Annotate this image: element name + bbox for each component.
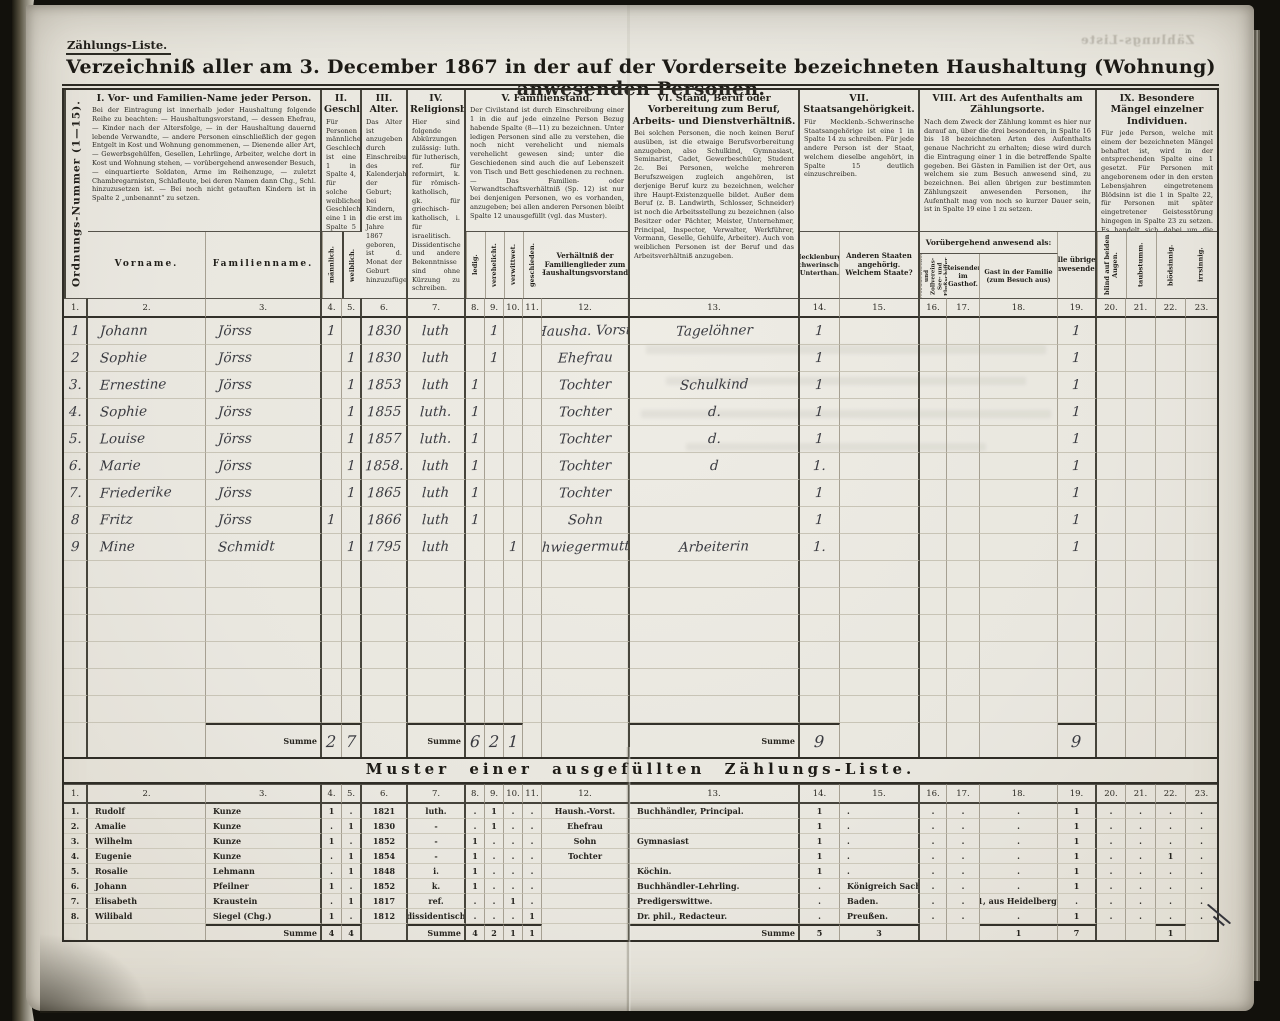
blind-header: blind auf beiden Augen.	[1097, 232, 1126, 298]
data-cell: 1857	[362, 426, 408, 453]
data-cell	[504, 399, 523, 426]
data-cell: 8	[64, 507, 88, 534]
muster-cell: .	[840, 864, 920, 879]
muster-value: Königreich Sachsen.	[847, 881, 920, 891]
column-number: 22.	[1156, 784, 1186, 804]
muster-cell: Kunze	[206, 819, 322, 834]
data-cell: 7.	[64, 480, 88, 507]
data-cell	[466, 669, 485, 696]
data-cell: luth	[408, 372, 466, 399]
data-cell: 1	[485, 318, 504, 345]
data-cell	[206, 642, 322, 669]
muster-value: .	[1017, 836, 1020, 846]
muster-cell: Preußen.	[840, 909, 920, 924]
muster-value: 1.	[71, 806, 79, 816]
muster-cell: .	[1156, 819, 1186, 834]
data-cell: 1866	[362, 507, 408, 534]
muster-summe-cell	[1126, 924, 1156, 940]
data-cell	[504, 696, 523, 723]
summe-cell	[88, 723, 206, 757]
handwritten-value: Tochter	[559, 430, 612, 447]
column-number: 6.	[362, 784, 408, 804]
group-title: III. Alter.	[362, 90, 406, 117]
page-stack-edge	[1253, 30, 1260, 981]
muster-cell: .	[1186, 819, 1217, 834]
muster-cell: 1	[800, 864, 840, 879]
data-cell	[322, 534, 342, 561]
muster-value: i.	[433, 866, 439, 876]
data-cell	[1126, 642, 1156, 669]
column-number: 20.	[1097, 784, 1126, 804]
muster-value: .	[962, 851, 965, 861]
muster-value: .	[1169, 866, 1172, 876]
data-cell	[840, 669, 920, 696]
muster-cell: .	[1097, 894, 1126, 909]
data-cell	[542, 561, 630, 588]
data-cell: Fritz	[88, 507, 206, 534]
handwritten-sum: 9	[1071, 731, 1082, 750]
column-number: 18.	[980, 784, 1058, 804]
data-cell	[920, 588, 947, 615]
muster-cell: Buchhändler, Principal.	[630, 804, 800, 819]
muster-summe-cell: 5	[800, 924, 840, 940]
muster-summe-cell: 1	[504, 924, 523, 940]
muster-value: .	[1110, 866, 1113, 876]
data-cell	[920, 507, 947, 534]
muster-summe-cell	[1186, 924, 1217, 940]
muster-value: .	[512, 911, 515, 921]
muster-summe-cell: 2	[485, 924, 504, 940]
data-cell	[504, 615, 523, 642]
data-cell	[1156, 399, 1186, 426]
muster-value: .	[932, 836, 935, 846]
handwritten-value: 1	[815, 404, 824, 420]
muster-cell: .	[1126, 849, 1156, 864]
muster-cell: Haush.-Vorst.	[542, 804, 630, 819]
muster-cell: Kunze	[206, 849, 322, 864]
group-title: V. Familienstand.	[466, 90, 628, 105]
group-description: Der Civilstand ist durch Einschreibung e…	[466, 105, 628, 222]
summe-cell	[840, 723, 920, 757]
data-cell	[1156, 372, 1186, 399]
data-cell	[485, 615, 504, 642]
muster-value: .	[847, 821, 850, 831]
muster-value: .	[1200, 911, 1203, 921]
muster-value: .	[330, 866, 333, 876]
column-number: 7.	[408, 298, 466, 318]
muster-cell: .	[1126, 909, 1156, 924]
muster-value: .	[962, 911, 965, 921]
summe-cell: Summe	[206, 723, 322, 757]
muster-cell: Köchin.	[630, 864, 800, 879]
muster-cell: 1	[322, 804, 342, 819]
data-cell	[504, 588, 523, 615]
muster-value: .	[818, 896, 821, 906]
muster-cell: .	[466, 894, 485, 909]
summe-cell	[523, 723, 542, 757]
data-cell: Hausha. Vorst.	[542, 318, 630, 345]
data-cell	[947, 561, 980, 588]
muster-value: .	[1110, 851, 1113, 861]
muster-value: Gymnasiast	[637, 836, 689, 846]
muster-cell: 1, aus Heidelberg.	[980, 894, 1058, 909]
data-cell	[322, 561, 342, 588]
muster-value: 1	[1074, 806, 1080, 816]
handwritten-value: d.	[707, 404, 721, 420]
muster-value: 1852	[373, 881, 395, 891]
handwritten-value: 1	[470, 404, 479, 420]
muster-value: Kunze	[213, 821, 241, 831]
data-cell: Friederike	[88, 480, 206, 507]
handwritten-value: 1	[815, 485, 824, 501]
data-cell	[630, 345, 800, 372]
muster-cell: .	[322, 864, 342, 879]
data-cell	[920, 696, 947, 723]
muster-value: 1	[1074, 851, 1080, 861]
handwritten-value: 1857	[366, 431, 401, 448]
data-cell	[485, 642, 504, 669]
muster-value: .	[1110, 806, 1113, 816]
handwritten-value: luth	[422, 539, 450, 556]
data-cell	[504, 453, 523, 480]
muster-cell: 1	[1058, 819, 1097, 834]
muster-cell: 1848	[362, 864, 408, 879]
data-cell	[1058, 561, 1097, 588]
data-cell: 1	[1058, 318, 1097, 345]
handwritten-value: 1865	[366, 485, 401, 502]
muster-summe-cell: 3	[840, 924, 920, 940]
data-cell	[88, 561, 206, 588]
muster-value: .	[1110, 911, 1113, 921]
handwritten-value: 1	[1072, 323, 1081, 339]
data-cell	[1186, 534, 1217, 561]
handwritten-value: Jörss	[218, 431, 253, 448]
data-cell	[980, 615, 1058, 642]
muster-value: .	[531, 806, 534, 816]
muster-cell: .	[523, 834, 542, 849]
muster-cell: .	[504, 879, 523, 894]
data-cell	[1186, 588, 1217, 615]
gast-familie-header: Gast in der Familie (zum Besuch aus)	[980, 254, 1058, 298]
muster-cell: .	[1156, 834, 1186, 849]
muster-value: .	[1139, 806, 1142, 816]
handwritten-value: 1	[346, 458, 355, 474]
muster-value: 1	[817, 806, 823, 816]
data-cell	[342, 615, 362, 642]
data-cell: 1	[800, 318, 840, 345]
data-cell	[362, 696, 408, 723]
muster-value: .	[962, 896, 965, 906]
data-cell	[630, 642, 800, 669]
data-cell	[920, 561, 947, 588]
data-cell	[64, 642, 88, 669]
handwritten-value: 1.	[813, 539, 827, 555]
column-number: 12.	[542, 784, 630, 804]
vorname-header: Vorname.	[88, 232, 206, 298]
summe-cell: 2	[322, 723, 342, 757]
muster-value: 1812	[373, 911, 395, 921]
muster-summe-cell	[362, 924, 408, 940]
irrsinnig-header: irrsinnig.	[1186, 232, 1217, 298]
muster-cell: -	[408, 834, 466, 849]
muster-cell: .	[485, 864, 504, 879]
handwritten-value: 1	[470, 377, 479, 393]
data-cell	[920, 642, 947, 669]
column-number: 13.	[630, 298, 800, 318]
data-cell	[1186, 318, 1217, 345]
data-cell: luth	[408, 507, 466, 534]
muster-cell: Dr. phil., Redacteur.	[630, 909, 800, 924]
muster-value: .	[932, 896, 935, 906]
muster-summe-cell: Summe	[206, 924, 322, 940]
muster-cell: 1852	[362, 879, 408, 894]
data-cell	[1126, 507, 1156, 534]
summe-cell	[362, 723, 408, 757]
muster-cell: .	[342, 834, 362, 849]
handwritten-value: 1	[1072, 431, 1081, 447]
title-rule	[62, 84, 1219, 86]
data-cell	[88, 642, 206, 669]
muster-value: 1848	[373, 866, 395, 876]
handwritten-value: Schulkind	[679, 376, 748, 393]
muster-value: .	[512, 836, 515, 846]
muster-value: Lehmann	[213, 866, 255, 876]
column-number: 13.	[630, 784, 800, 804]
muster-value: .	[932, 806, 935, 816]
data-cell	[1186, 561, 1217, 588]
muster-cell: Königreich Sachsen.	[840, 879, 920, 894]
muster-cell: 1	[504, 894, 523, 909]
handwritten-value: 1	[489, 323, 498, 339]
handwritten-value: 1	[1072, 512, 1081, 528]
data-cell: Jörss	[206, 345, 322, 372]
data-cell	[362, 615, 408, 642]
muster-cell: .	[1097, 804, 1126, 819]
muster-value: Siegel (Chg.)	[213, 911, 272, 921]
column-number: 4.	[322, 784, 342, 804]
data-cell	[466, 345, 485, 372]
muster-cell: Predigerswittwe.	[630, 894, 800, 909]
handwritten-value: 1	[346, 404, 355, 420]
muster-cell: Johann	[88, 879, 206, 894]
data-cell	[408, 588, 466, 615]
muster-cell: 1	[1058, 879, 1097, 894]
data-cell: luth.	[408, 399, 466, 426]
data-cell: 1	[1058, 372, 1097, 399]
data-cell	[980, 642, 1058, 669]
muster-value: .	[1139, 866, 1142, 876]
data-cell	[1156, 669, 1186, 696]
column-number: 4.	[322, 298, 342, 318]
muster-value: Eugenie	[95, 851, 132, 861]
data-cell	[485, 696, 504, 723]
data-cell	[485, 399, 504, 426]
muster-value: Wilibald	[95, 911, 132, 921]
handwritten-value: Louise	[100, 431, 146, 448]
data-cell: 1	[1058, 534, 1097, 561]
muster-cell: .	[1097, 864, 1126, 879]
group-description: Das Alter ist anzugeben durch Einschreib…	[362, 117, 406, 287]
data-cell: Sohn	[542, 507, 630, 534]
data-cell	[523, 426, 542, 453]
muster-summe-cell	[947, 924, 980, 940]
handwritten-value: 1	[346, 539, 355, 555]
data-cell	[920, 480, 947, 507]
handwritten-sum: 7	[345, 731, 356, 750]
summe-cell	[947, 723, 980, 757]
muster-value: .	[531, 821, 534, 831]
muster-value: 1	[348, 896, 354, 906]
muster-value: .	[962, 881, 965, 891]
data-cell	[947, 345, 980, 372]
muster-sum-value: 3	[876, 928, 882, 938]
column-number: 17.	[947, 784, 980, 804]
muster-value: luth.	[425, 806, 446, 816]
data-cell	[1186, 345, 1217, 372]
column-number: 16.	[920, 298, 947, 318]
handwritten-value: Ernestine	[100, 376, 167, 393]
group-title: IV. Religionsbekenntniß.	[408, 90, 464, 117]
muster-value: .	[1200, 896, 1203, 906]
data-cell	[1097, 642, 1126, 669]
muster-value: .	[493, 881, 496, 891]
data-cell	[322, 696, 342, 723]
handwritten-sum: 6	[469, 731, 480, 750]
data-cell	[322, 372, 342, 399]
muster-value: .	[1200, 851, 1203, 861]
handwritten-value: luth.	[420, 404, 452, 421]
data-cell	[64, 588, 88, 615]
muster-value: .	[1139, 851, 1142, 861]
schiffer-header: Norddeutscher und Zollvereins- See- und …	[920, 254, 947, 298]
muster-cell: .	[840, 819, 920, 834]
handwritten-value: Jörss	[218, 377, 253, 394]
muster-cell: .	[1126, 819, 1156, 834]
handwritten-value: luth	[422, 323, 450, 340]
data-cell: 1	[466, 372, 485, 399]
group-header-g8: VIII. Art des Aufenthalts am Zählungsort…	[920, 90, 1097, 232]
muster-cell: .	[322, 819, 342, 834]
muster-value: ref.	[428, 896, 443, 906]
handwritten-value: Schwiegermutter	[542, 538, 630, 557]
data-cell	[980, 399, 1058, 426]
muster-cell: .	[1126, 834, 1156, 849]
verehelicht-header: verehelicht.	[485, 232, 504, 298]
muster-cell: 6.	[64, 879, 88, 894]
muster-cell: Pfeilner	[206, 879, 322, 894]
muster-cell: .	[342, 909, 362, 924]
muster-cell: 1	[342, 819, 362, 834]
muster-value: 1	[329, 881, 335, 891]
data-cell	[947, 453, 980, 480]
data-cell: Schmidt	[206, 534, 322, 561]
handwritten-value: Sohn	[567, 512, 603, 529]
data-cell	[1156, 561, 1186, 588]
verwittwet-header: verwittwet.	[504, 232, 523, 298]
muster-cell: Lehmann	[206, 864, 322, 879]
muster-value: .	[932, 881, 935, 891]
muster-value: .	[474, 821, 477, 831]
data-cell: 1	[342, 480, 362, 507]
muster-value: 1	[510, 896, 516, 906]
handwritten-value: Marie	[100, 458, 141, 475]
muster-cell: .	[1156, 864, 1186, 879]
muster-cell: Kunze	[206, 834, 322, 849]
muster-cell: 1	[1058, 834, 1097, 849]
data-cell	[980, 318, 1058, 345]
muster-value: 1, aus Heidelberg.	[980, 896, 1058, 906]
handwritten-value: 1	[815, 377, 824, 393]
column-number: 21.	[1126, 298, 1156, 318]
data-cell: 1.	[800, 534, 840, 561]
data-cell	[980, 669, 1058, 696]
data-cell: 5.	[64, 426, 88, 453]
muster-cell	[542, 864, 630, 879]
data-cell	[920, 426, 947, 453]
muster-value: 1	[529, 911, 535, 921]
data-cell	[1126, 399, 1156, 426]
column-number: 6.	[362, 298, 408, 318]
data-cell	[206, 696, 322, 723]
handwritten-value: Fritz	[100, 512, 133, 529]
data-cell: luth	[408, 534, 466, 561]
data-cell	[206, 561, 322, 588]
muster-value: Kunze	[213, 836, 241, 846]
muster-value: .	[1110, 896, 1113, 906]
data-cell: Mine	[88, 534, 206, 561]
muster-cell: .	[947, 879, 980, 894]
data-cell	[947, 480, 980, 507]
muster-cell: .	[523, 819, 542, 834]
data-cell	[1126, 453, 1156, 480]
column-number: 1.	[64, 784, 88, 804]
data-cell: Jörss	[206, 426, 322, 453]
data-cell: 1	[342, 453, 362, 480]
verhaeltnis-header: Verhältniß der Familienglieder zum Haush…	[542, 232, 630, 298]
muster-cell: luth.	[408, 804, 466, 819]
data-cell	[630, 696, 800, 723]
muster-value: .	[847, 866, 850, 876]
muster-cell: .	[980, 864, 1058, 879]
data-cell	[1097, 318, 1126, 345]
data-cell	[523, 642, 542, 669]
muster-summe-cell: Summe	[630, 924, 800, 940]
column-number: 11.	[523, 784, 542, 804]
group-title: VII. Staatsangehörigkeit.	[800, 90, 918, 117]
data-cell	[980, 426, 1058, 453]
column-number: 14.	[800, 784, 840, 804]
data-cell: luth	[408, 453, 466, 480]
data-cell	[206, 669, 322, 696]
data-cell: 1865	[362, 480, 408, 507]
data-cell: luth.	[408, 426, 466, 453]
data-cell: Jörss	[206, 480, 322, 507]
handwritten-value: 1	[815, 512, 824, 528]
muster-sum-value: 1	[1168, 928, 1174, 938]
bleedthrough-text: Zählungs-Liste	[1080, 33, 1194, 47]
muster-cell: .	[504, 834, 523, 849]
muster-cell: .	[1156, 879, 1186, 894]
data-cell	[1126, 426, 1156, 453]
group-header-g6: VI. Stand, Beruf oder Vorbereitung zum B…	[630, 90, 800, 298]
data-cell	[342, 318, 362, 345]
data-cell: 2	[64, 345, 88, 372]
muster-cell: .	[485, 894, 504, 909]
data-cell: Jörss	[206, 453, 322, 480]
data-cell	[206, 615, 322, 642]
column-number: 19.	[1058, 784, 1097, 804]
muster-cell: 1	[800, 819, 840, 834]
